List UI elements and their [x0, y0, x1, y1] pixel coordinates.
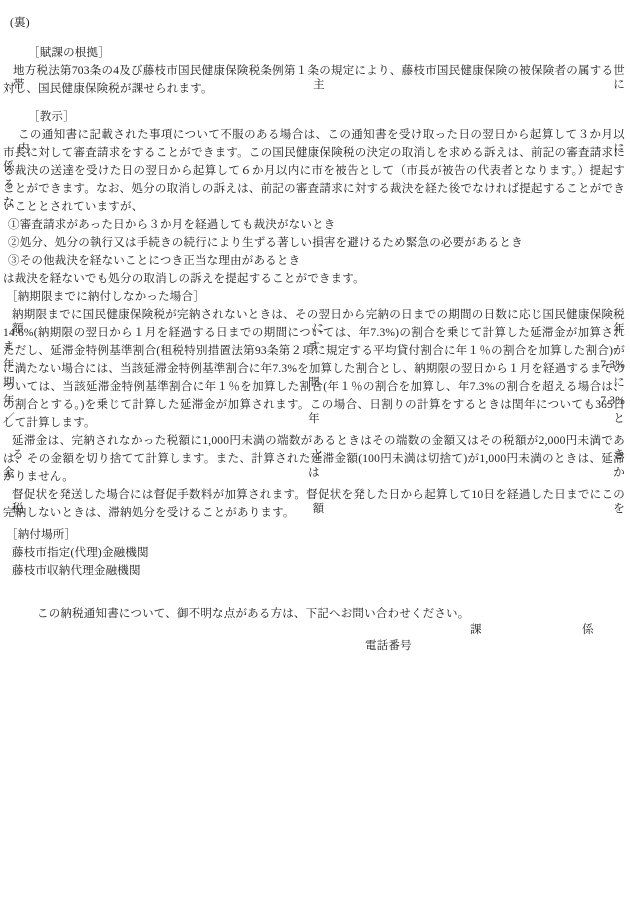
document-line: 完納しないときは、滞納処分を受けることがあります。	[3, 506, 295, 520]
document-line: 藤枝市指定(代理)金融機関	[12, 546, 149, 560]
section-heading-instruction: ［教示］	[28, 110, 75, 124]
inquiry-note: この納税通知書について、御不明な点がある方は、下記へお問い合わせください。	[37, 607, 469, 621]
tax-notice-back-page: (裏) ［賦課の根拠］地方税法第703条の4及び藤枝市国民健康保険税条例第１条の…	[0, 0, 630, 903]
phone-number-label: 電話番号	[365, 639, 412, 653]
section-heading-basis: ［賦課の根拠］	[28, 46, 110, 60]
document-line: 対し、国民健康保険税が課せられます。	[3, 82, 213, 96]
page-side-label: (裏)	[10, 16, 30, 30]
document-line: は裁決を経ないでも処分の取消しの訴えを提起することができます。	[3, 272, 365, 286]
document-line: 藤枝市収納代理金融機関	[12, 564, 141, 578]
document-line: かりません。	[3, 470, 74, 484]
document-line: して計算します。	[3, 416, 96, 430]
department-label: 課	[470, 623, 482, 637]
document-line: は、その金額を切り捨てて計算します。また、計算された延滞金額(100円未満は切捨…	[3, 452, 625, 480]
document-line: ①審査請求があった日から３か月を経過しても裁決がないとき	[8, 218, 335, 232]
document-line: ②処分、処分の執行又は手続きの続行により生ずる著しい損害を避けるため緊急の必要が…	[8, 236, 523, 250]
section-heading-payment-places: ［納付場所］	[6, 528, 76, 542]
document-line: いこととされていますが、	[3, 200, 143, 214]
section-heading-late-payment: ［納期限までに納付しなかった場合］	[6, 290, 205, 304]
clerk-section-label: 係	[582, 623, 594, 637]
document-line: の割合とする。)を乗じて計算した延滞金が加算されます。この場合、日割りの計算をす…	[3, 398, 625, 426]
document-line: ③その他裁決を経ないことにつき正当な理由があるとき	[8, 254, 300, 268]
